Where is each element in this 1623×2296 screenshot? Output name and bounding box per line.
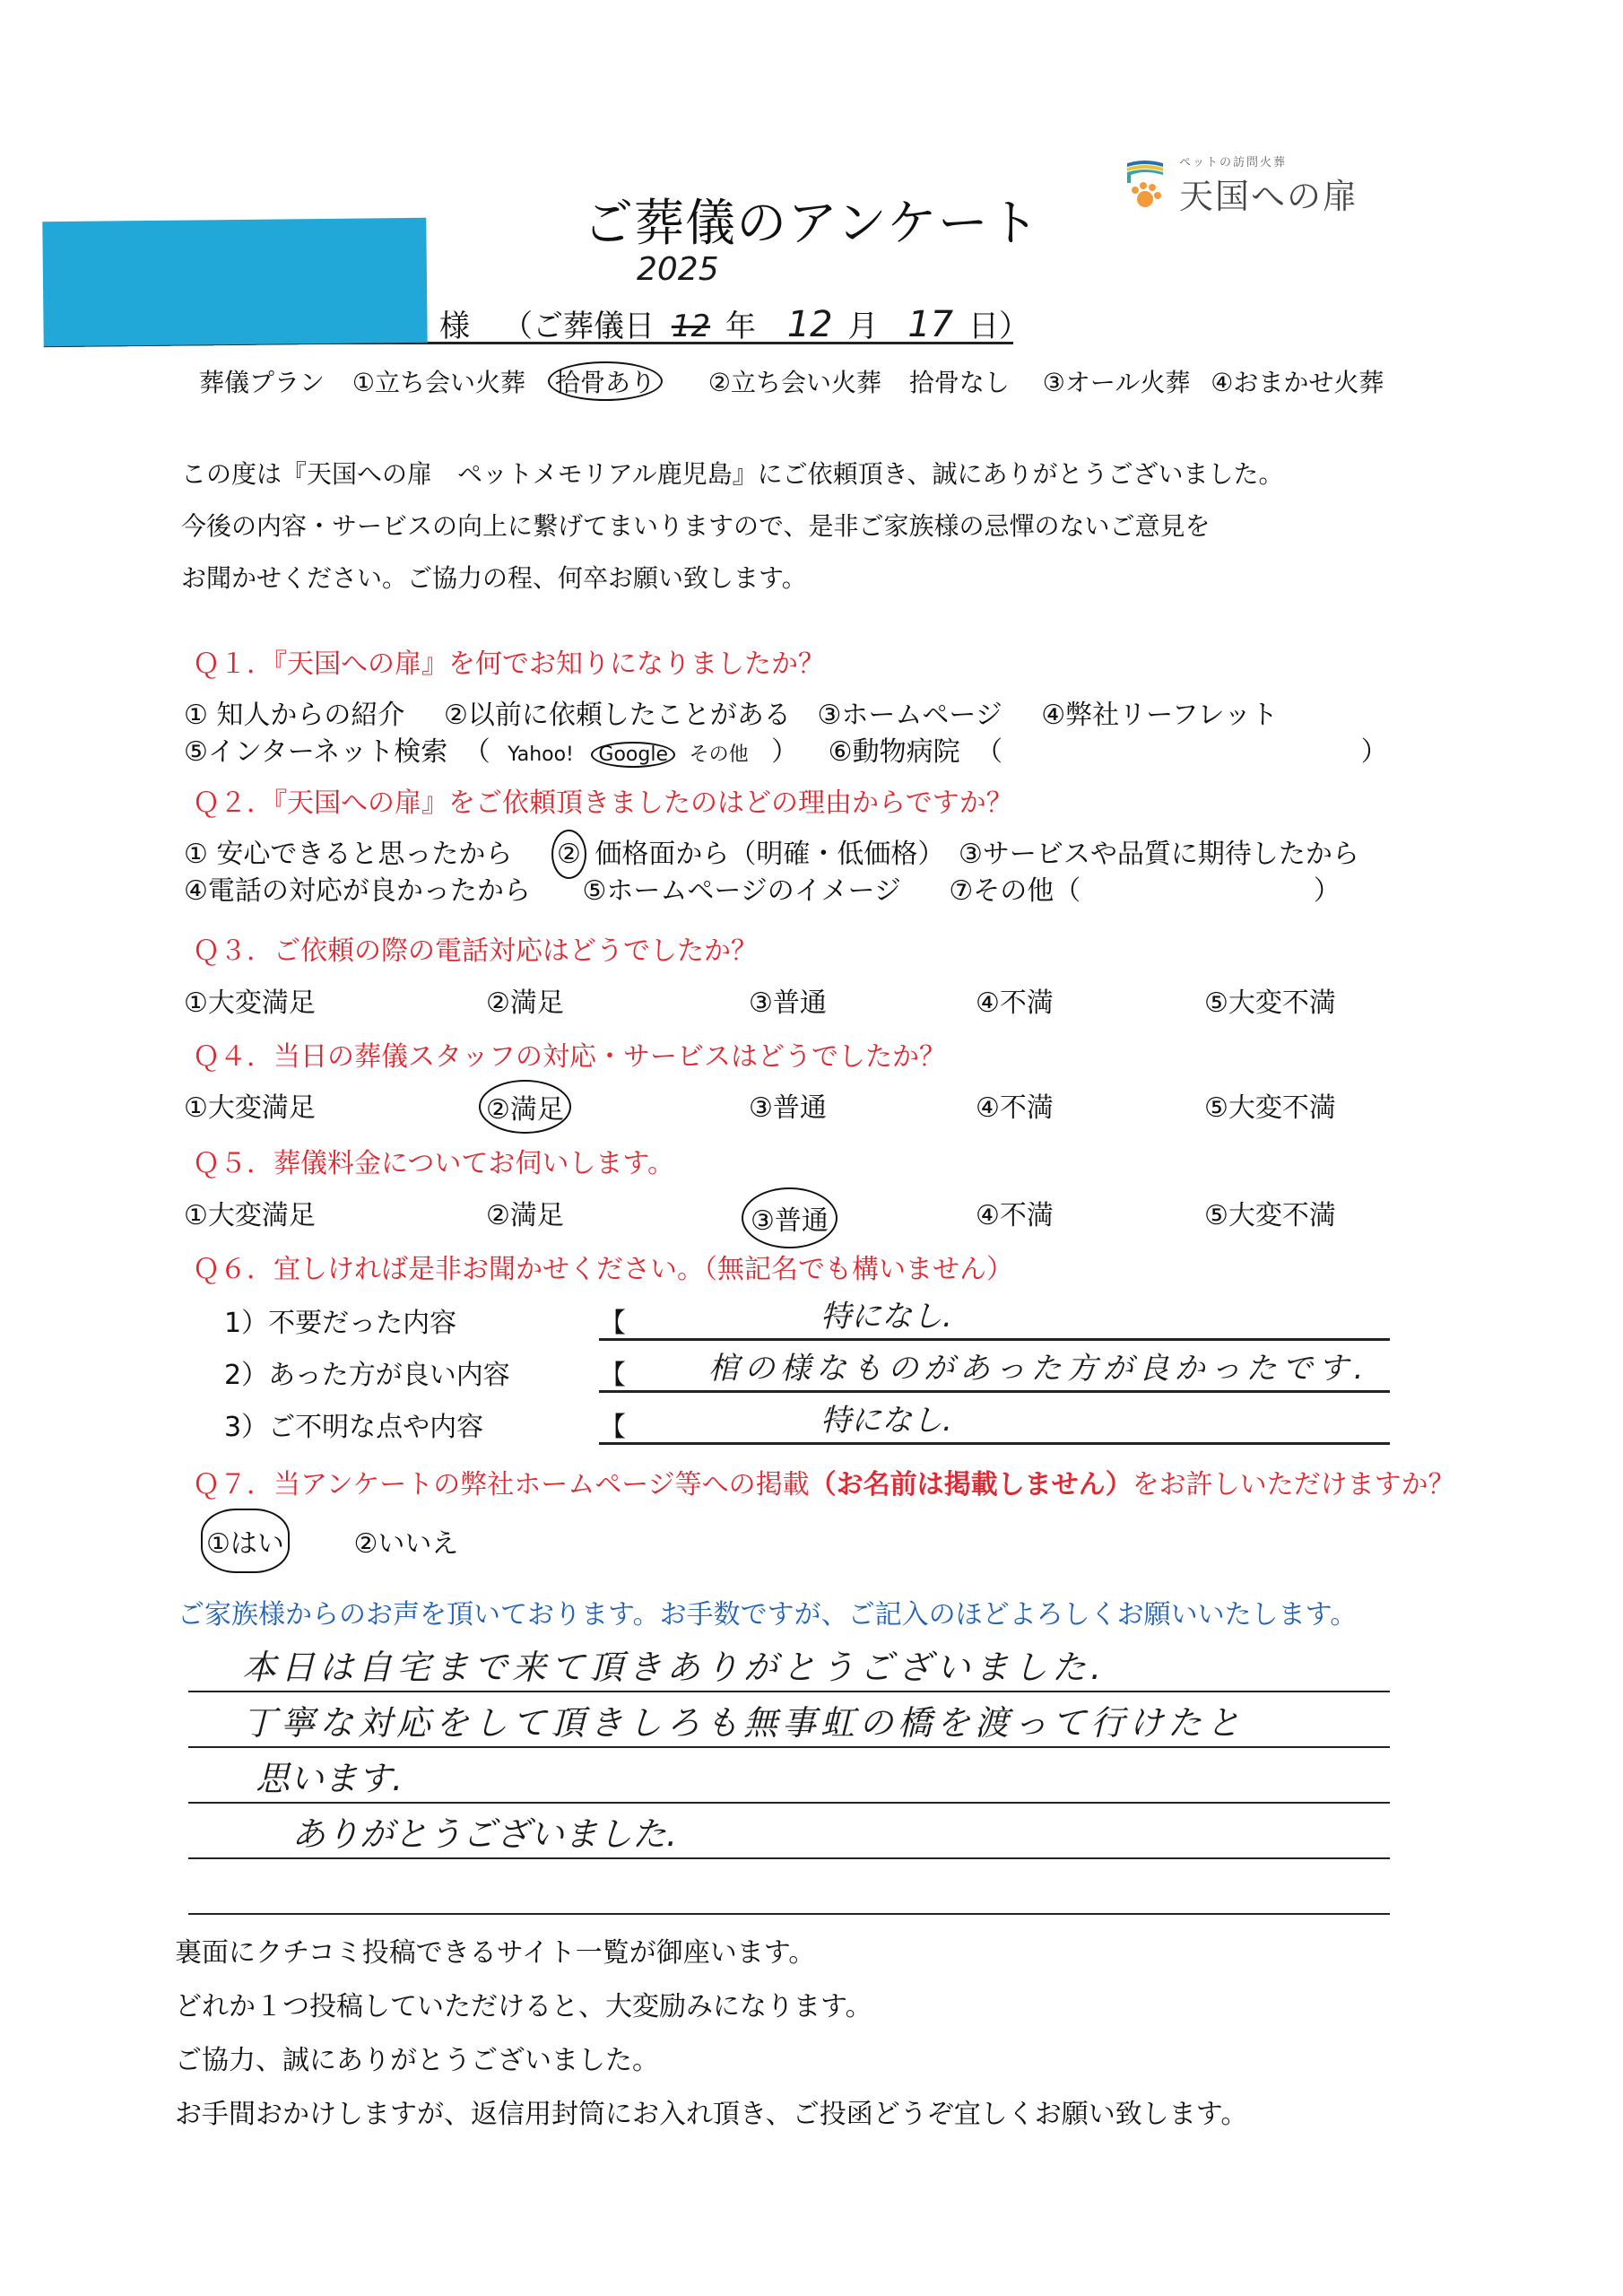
q6-row-3-answer[interactable]: 特になし. [820, 1396, 952, 1439]
funeral-plan-row: 葬儀プラン ①立ち会い火葬 拾骨あり ②立ち会い火葬 拾骨なし ③オール火葬 ④… [199, 363, 1396, 399]
honorific-label: 様 [439, 301, 470, 345]
footer-notes: 裏面にクチコミ投稿できるサイト一覧が御座います。 どれか１つ投稿していただけると… [175, 1926, 1247, 2142]
q6-row-2-line [599, 1390, 1390, 1393]
q4-option-2-selected[interactable]: ②満足 [486, 1085, 564, 1128]
q1-row-1: ① 知人からの紹介 ②以前に依頼したことがある ③ホームページ ④弊社リーフレッ… [184, 692, 1278, 732]
q7-option-yes-selected[interactable]: ①はい [201, 1509, 290, 1573]
q2-option-2-label: 価格面から（明確・低価格） [595, 839, 944, 870]
q6-question: Ｑ６．宜しければ是非お聞かせください。（無記名でも構いません） [193, 1247, 1013, 1286]
redaction-sticker [42, 218, 427, 347]
q1-row-2: ⑤インターネット検索 （ Yahoo! Google その他 ） ⑥動物病院 （… [184, 729, 1388, 769]
q6-row-2-label: 2）あった方が良い内容 [224, 1352, 510, 1392]
q4-option-5[interactable]: ⑤大変不満 [1204, 1085, 1336, 1125]
funeral-month: 12 [787, 304, 833, 345]
comment-text-3: 思います. [256, 1751, 403, 1800]
funeral-date: （ご葬儀日 12 年 12 月 17 日） [502, 301, 1029, 345]
plan-label: 葬儀プラン [199, 368, 325, 397]
q1-question: Ｑ１．『天国への扉』を何でお知りになりましたか？ [193, 641, 825, 681]
intro-line-1: この度は『天国への扉 ペットメモリアル鹿児島』にご依頼頂き、誠にありがとうござい… [181, 448, 1436, 500]
comment-line-3: 思います. [188, 1748, 1390, 1804]
plan-option-1-selected: 拾骨あり [548, 361, 663, 401]
q1-google-selected[interactable]: Google [591, 742, 675, 768]
month-suffix: 月 [847, 309, 878, 344]
intro-line-2: 今後の内容・サービスの向上に繋げてまいりますので、是非ご家族様の忌憚のないご意見… [181, 500, 1436, 552]
q6-row-1-line [599, 1338, 1390, 1341]
q5-option-2[interactable]: ②満足 [486, 1193, 564, 1232]
q6-row-1-bracket: 【 [599, 1300, 626, 1340]
plan-option-2-suffix: 拾骨なし [909, 368, 1010, 397]
q7-question-suffix: をお許しいただけますか？ [1133, 1469, 1455, 1500]
q6-row-1: 1）不要だった内容 【 特になし. [224, 1291, 1390, 1344]
q2-row-2: ④電話の対応が良かったから ⑤ホームページのイメージ ⑦その他（ ） [184, 868, 1341, 908]
funeral-date-label: （ご葬儀日 [502, 309, 655, 344]
comment-line-2: 丁寧な対応をして頂きしろも無事虹の橋を渡って行けたと [188, 1692, 1390, 1748]
q2-option-7-paren-close: ） [1314, 875, 1341, 907]
q5-selected-circle: ③普通 [742, 1187, 838, 1248]
plan-option-2-label: ②立ち会い火葬 [708, 368, 881, 397]
q1-paren-open: （ [464, 736, 490, 768]
q2-option-3[interactable]: ③サービスや品質に期待したから [959, 839, 1359, 870]
q4-option-1[interactable]: ①大変満足 [184, 1085, 316, 1125]
q1-option-6-paren-open: （ [976, 736, 1002, 768]
comment-area[interactable]: 本日は自宅まで来て頂きありがとうございました. 丁寧な対応をして頂きしろも無事虹… [188, 1637, 1390, 1915]
q6-row-1-label: 1）不要だった内容 [224, 1300, 456, 1340]
q6-row-3-bracket: 【 [599, 1405, 626, 1444]
q6-row-3-label: 3）ご不明な点や内容 [224, 1405, 483, 1444]
q2-row-1: ① 安心できると思ったから ② 価格面から（明確・低価格） ③サービスや品質に期… [184, 831, 1359, 874]
plan-option-3[interactable]: ③オール火葬 [1043, 368, 1191, 397]
q5-option-3-selected[interactable]: ③普通 [749, 1193, 830, 1243]
q6-row-2: 2）あった方が良い内容 【 棺の様なものがあった方が良かったです. [224, 1344, 1390, 1396]
q4-selected-circle: ②満足 [479, 1080, 571, 1134]
q2-option-5[interactable]: ⑤ホームページのイメージ [582, 875, 900, 907]
q3-option-2[interactable]: ②満足 [486, 980, 564, 1020]
footer-line-2: どれか１つ投稿していただけると、大変励みになります。 [175, 1980, 1247, 2034]
q3-option-1[interactable]: ①大変満足 [184, 980, 316, 1020]
q7-options: ①はい ②いいえ [208, 1514, 458, 1568]
logo-tagline: ペットの訪問火葬 [1179, 152, 1287, 170]
footer-line-1: 裏面にクチコミ投稿できるサイト一覧が御座います。 [175, 1926, 1247, 1980]
plan-option-1-label: ①立ち会い火葬 [352, 368, 525, 397]
q3-option-4[interactable]: ④不満 [976, 980, 1054, 1020]
q1-option-1[interactable]: ① 知人からの紹介 [184, 700, 404, 731]
q3-question: Ｑ３．ご依頼の際の電話対応はどうでしたか？ [193, 928, 758, 968]
q2-question: Ｑ２．『天国への扉』をご依頼頂きましたのはどの理由からですか？ [193, 780, 1013, 820]
q1-option-5[interactable]: ⑤インターネット検索 [184, 736, 447, 768]
plan-option-2[interactable]: ②立ち会い火葬 拾骨なし [708, 368, 1030, 397]
q3-option-3[interactable]: ③普通 [749, 980, 827, 1020]
q1-other[interactable]: その他 [690, 744, 749, 766]
q5-option-4[interactable]: ④不満 [976, 1193, 1054, 1232]
comment-line-4: ありがとうございました. [188, 1804, 1390, 1859]
q5-question: Ｑ５．葬儀料金についてお伺いします。 [193, 1141, 674, 1180]
q1-option-3[interactable]: ③ホームページ [817, 700, 1002, 731]
q6-row-2-answer[interactable]: 棺の様なものがあった方が良かったです. [708, 1344, 1368, 1387]
q1-option-6[interactable]: ⑥動物病院 [829, 736, 960, 768]
q7-option-no[interactable]: ②いいえ [353, 1528, 458, 1560]
q6-answers: 1）不要だった内容 【 特になし. 2）あった方が良い内容 【 棺の様なものがあ… [224, 1291, 1390, 1448]
q4-option-3[interactable]: ③普通 [749, 1085, 827, 1125]
funeral-day: 17 [907, 304, 953, 345]
comment-line-1: 本日は自宅まで来て頂きありがとうございました. [188, 1637, 1390, 1692]
q2-option-4[interactable]: ④電話の対応が良かったから [184, 875, 531, 907]
q6-row-2-bracket: 【 [599, 1352, 626, 1392]
q4-question: Ｑ４．当日の葬儀スタッフの対応・サービスはどうでしたか？ [193, 1034, 946, 1074]
q6-row-3-line [599, 1442, 1390, 1445]
struck-year: 12 [672, 309, 710, 344]
day-suffix: 日） [968, 309, 1029, 344]
q2-option-7[interactable]: ⑦その他（ [949, 875, 1081, 907]
handwritten-year: 2025 [637, 251, 719, 288]
q1-paren-close: ） [771, 736, 798, 768]
q7-question-bold: （お名前は掲載しません） [810, 1469, 1133, 1500]
comment-text-4: ありがとうございました. [291, 1806, 677, 1856]
q1-option-4[interactable]: ④弊社リーフレット [1041, 700, 1278, 731]
intro-paragraph: この度は『天国への扉 ペットメモリアル鹿児島』にご依頼頂き、誠にありがとうござい… [181, 448, 1436, 604]
plan-option-4[interactable]: ④おまかせ火葬 [1211, 368, 1384, 397]
q1-yahoo[interactable]: Yahoo! [508, 744, 574, 766]
comment-line-5 [188, 1859, 1390, 1915]
q5-option-1[interactable]: ①大変満足 [184, 1193, 316, 1232]
comment-prompt: ご家族様からのお声を頂いております。お手数ですが、ご記入のほどよろしくお願いいた… [178, 1592, 1357, 1631]
footer-line-3: ご協力、誠にありがとうございました。 [175, 2034, 1247, 2088]
q6-row-3: 3）ご不明な点や内容 【 特になし. [224, 1396, 1390, 1448]
intro-line-3: お聞かせください。ご協力の程、何卒お願い致します。 [181, 552, 1436, 604]
q5-option-5[interactable]: ⑤大変不満 [1204, 1193, 1336, 1232]
comment-text-1: 本日は自宅まで来て頂きありがとうございました. [242, 1639, 1106, 1689]
q6-row-1-answer[interactable]: 特になし. [820, 1291, 952, 1335]
q7-question-prefix: Ｑ７．当アンケートの弊社ホームページ等への掲載 [193, 1469, 810, 1500]
comment-text-2: 丁寧な対応をして頂きしろも無事虹の橋を渡って行けたと [242, 1695, 1245, 1744]
footer-line-4: お手間おかけしますが、返信用封筒にお入れ頂き、ご投函どうぞ宜しくお願い致します。 [175, 2088, 1247, 2142]
plan-option-1[interactable]: ①立ち会い火葬 拾骨あり [352, 368, 683, 397]
q3-option-5[interactable]: ⑤大変不満 [1204, 980, 1336, 1020]
q1-option-6-paren-close: ） [1361, 736, 1388, 768]
year-suffix: 年 [725, 309, 756, 344]
q4-option-4[interactable]: ④不満 [976, 1085, 1054, 1125]
q2-option-1[interactable]: ① 安心できると思ったから [184, 839, 512, 870]
q1-option-2[interactable]: ②以前に依頼したことがある [444, 700, 791, 731]
q7-question: Ｑ７．当アンケートの弊社ホームページ等への掲載（お名前は掲載しません）をお許しい… [193, 1462, 1455, 1501]
